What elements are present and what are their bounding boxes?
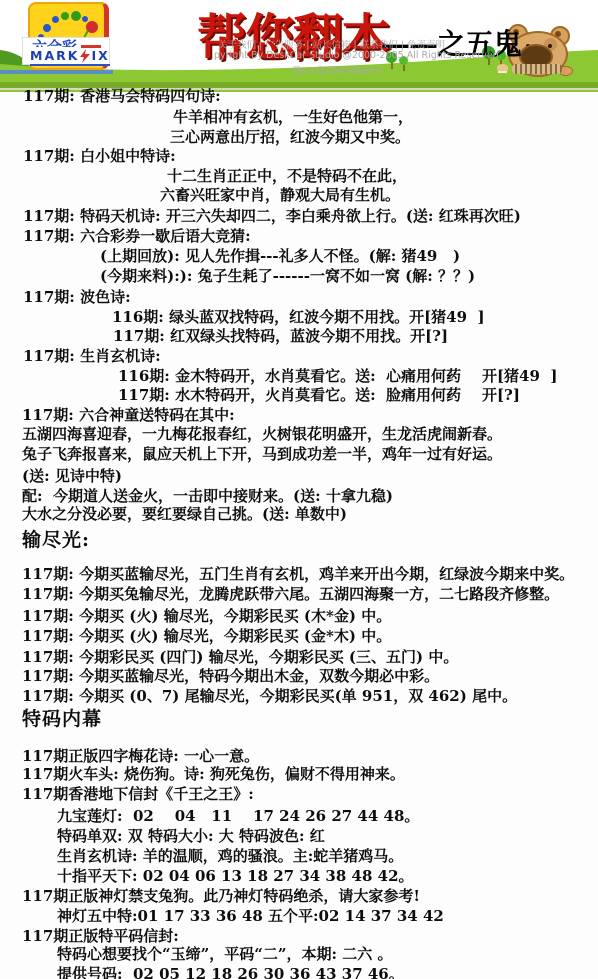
text-line: 117期: 今期买蓝输尽光，特码今期出木金，双数今期必中彩。 (22, 667, 439, 686)
text-line: 提供号码: 02 05 12 18 26 30 36 43 37 46。 (57, 965, 404, 979)
text-line: 六畜兴旺家中肖，静观大局有生机。 (160, 186, 400, 205)
text-line: 五湖四海喜迎春，一九梅花报春红，火树银花明盛开，生龙活虎闹新春。 (22, 425, 502, 444)
text-line: 117期: 今期买兔输尽光，龙腾虎跃带六尾。五湖四海聚一方，二七路段齐修整。 (22, 585, 559, 604)
text-line: 117期: 今期彩民买 (四门) 输尽光，今期彩民买 (三、五门) 中。 (22, 648, 458, 667)
text-line: 117期正版四字梅花诗: 一心一意。 (22, 747, 259, 766)
page: 六合彩 MARK IX 帮您翻本 ——之五鬼 关于我们 | 广告服务 | 站长信… (0, 0, 598, 979)
text-line: 牛羊相冲有玄机，一生好色他第一， (173, 108, 413, 127)
text-line: 三心两意出厅招，红波今期又中奖。 (170, 128, 410, 147)
text-line: (上期回放): 见人先作揖---礼多人不怪。(解: 猪49 ) (100, 247, 460, 266)
text-line: 117期: 特码天机诗: 开三六失却四二，李白乘舟欲上行。(送: 红珠再次旺) (23, 207, 521, 226)
text-line: 117期: 今期买蓝输尽光，五门生肖有玄机，鸡羊来开出今期，红绿波今期来中奖。 (22, 565, 574, 584)
text-line: 神灯五中特:01 17 33 36 48 五个平:02 14 37 34 42 (57, 907, 444, 926)
section-heading: 输尽光: (22, 531, 90, 550)
text-line: 117期: 今期买 (0、7) 尾输尽光，今期彩民买(单 951，双 462) … (22, 687, 517, 706)
text-line: 117期正版特平码信封: (22, 927, 179, 946)
text-line: 116期: 金木特码开，水肖莫看它。送: 心痛用何药 开[猪49 ] (118, 367, 557, 386)
text-line: 生肖玄机诗: 羊的温顺，鸡的骚浪。主:蛇羊猪鸡马。 (57, 847, 403, 866)
text-line: 兔子飞奔报喜来，鼠应天机上下开，马到成功差一半，鸡年一过有好运。 (22, 445, 502, 464)
text-line: 九宝莲灯: 02 04 11 17 24 26 27 44 48。 (57, 807, 419, 826)
text-line: 117期: 白小姐中特诗: (23, 147, 176, 166)
text-line: 117期火车头: 烧伤狗。诗: 狗死兔伤，偏财不得用神来。 (22, 765, 405, 784)
text-line: 117期: 今期买 (火) 输尽光，今期彩民买 (金*木) 中。 (22, 627, 391, 646)
text-line: 特码心想要找个“玉缔”，平码“二”，本期: 二六 。 (57, 945, 393, 964)
text-line: 117期: 波色诗: (23, 288, 131, 307)
content-lines: 117期: 香港马会特码四句诗:牛羊相冲有玄机，一生好色他第一，三心两意出厅招，… (0, 0, 598, 979)
text-line: 117期: 今期买 (火) 输尽光，今期彩民买 (木*金) 中。 (22, 607, 391, 626)
text-line: 117期: 六合神童送特码在其中: (22, 406, 235, 425)
text-line: 117期: 红双绿头找特码，蓝波今期不用找。开[?] (113, 327, 448, 346)
text-line: 117期: 六合彩券一歇后语大竞猜: (23, 227, 251, 246)
text-line: 117期正版神灯禁支兔狗。此乃神灯特码绝杀，请大家参考! (22, 887, 420, 906)
text-line: 大水之分没必要，要红要绿自己挑。(送: 单数中) (22, 505, 347, 524)
text-line: 十指平天下: 02 04 06 13 18 27 34 38 48 42。 (57, 867, 414, 886)
section-heading: 特码内幕 (22, 710, 102, 729)
text-line: 117期香港地下信封《千王之王》: (22, 785, 254, 804)
text-line: (送: 见诗中特) (22, 467, 122, 486)
text-line: (今期来料):): 兔子生耗了------一窝不如一窝 (解: ？？) (100, 267, 475, 286)
text-line: 117期: 水木特码开，火肖莫看它。送: 脸痛用何药 开[?] (118, 386, 520, 405)
text-line: 116期: 绿头蓝双找特码，红波今期不用找。开[猪49 ] (112, 308, 485, 327)
text-line: 特码单双: 双 特码大小: 大 特码波色: 红 (57, 827, 325, 846)
text-line: 十二生肖正正中，不是特码不在此， (167, 167, 407, 186)
text-line: 117期: 生肖玄机诗: (23, 347, 161, 366)
text-line: 配: 今期道人送金火，一击即中接财来。(送: 十拿九稳) (22, 487, 393, 506)
text-line: 117期: 香港马会特码四句诗: (23, 87, 221, 106)
